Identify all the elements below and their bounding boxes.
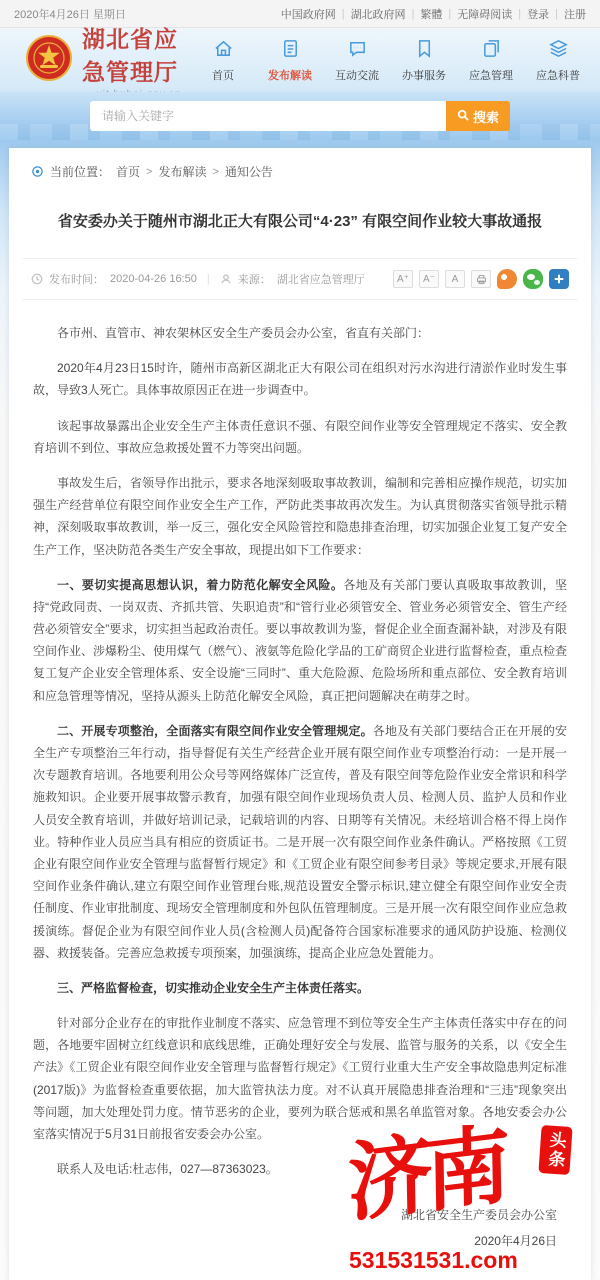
meta-divider: | bbox=[207, 273, 210, 285]
printer-icon bbox=[476, 274, 487, 285]
divider: | bbox=[412, 8, 415, 20]
nav-item-news[interactable]: 发布解读 bbox=[264, 38, 316, 83]
national-emblem-logo bbox=[26, 35, 72, 86]
link-accessibility[interactable]: 无障碍阅读 bbox=[457, 6, 512, 22]
paragraph-text: 事故发生后，省领导作出批示，要求各地深刻吸取事故教训，编制和完善相应操作规范，切… bbox=[33, 476, 567, 557]
search-box: 搜索 bbox=[90, 101, 510, 131]
font-larger-button[interactable]: A⁺ bbox=[393, 270, 413, 288]
weibo-share-icon[interactable] bbox=[497, 269, 517, 289]
page: 2020年4月26日 星期日 中国政府网 | 湖北政府网 | 繁體 | 无障碍阅… bbox=[0, 0, 600, 1280]
nav-label: 办事服务 bbox=[402, 67, 446, 83]
nav-item-management[interactable]: 应急管理 bbox=[465, 38, 517, 83]
font-reset-button[interactable]: A bbox=[445, 270, 465, 288]
article-paragraph: 事故发生后，省领导作出批示，要求各地深刻吸取事故教训，编制和完善相应操作规范，切… bbox=[33, 472, 567, 561]
link-register[interactable]: 注册 bbox=[564, 6, 586, 22]
main-nav: 首页 发布解读 互动交流 办事服务 应急管理 应急科普 bbox=[197, 38, 584, 83]
nav-item-science[interactable]: 应急科普 bbox=[532, 38, 584, 83]
divider: | bbox=[448, 8, 451, 20]
publish-time-label: 发布时间： bbox=[49, 271, 104, 287]
paragraph-lead: 三、严格监督检查，切实推动企业安全生产主体责任落实。 bbox=[57, 981, 369, 995]
content-wrap: 当前位置： 首页 > 发布解读 > 通知公告 省安委办关于随州市湖北正大有限公司… bbox=[0, 140, 600, 1280]
site-name: 湖北省应急管理厅 bbox=[82, 21, 197, 87]
breadcrumb-notices[interactable]: 通知公告 bbox=[225, 163, 273, 180]
paragraph-text: 该起事故暴露出企业安全生产主体责任意识不强、有限空间作业等安全管理规定不落实、安… bbox=[33, 419, 567, 455]
publish-time: 2020-04-26 16:50 bbox=[110, 273, 197, 285]
article-paragraph: 针对部分企业存在的审批作业制度不落实、应急管理不到位等安全生产主体责任落实中存在… bbox=[33, 1012, 567, 1145]
current-date: 2020年4月26日 星期日 bbox=[14, 6, 126, 22]
site-header: 湖北省应急管理厅 — yjt.hubei.gov.cn — 首页 发布解读 互动… bbox=[0, 28, 600, 92]
breadcrumb-news[interactable]: 发布解读 bbox=[158, 163, 206, 180]
article-paragraph: 一、要切实提高思想认识，着力防范化解安全风险。各地及有关部门要认真吸取事故教训，… bbox=[33, 574, 567, 707]
signature-org: 湖北省安全生产委员会办公室 bbox=[9, 1203, 557, 1228]
signature-date: 2020年4月26日 bbox=[9, 1229, 557, 1254]
person-icon bbox=[220, 273, 232, 285]
article-paragraph: 该起事故暴露出企业安全生产主体责任意识不强、有限空间作业等安全管理规定不落实、安… bbox=[33, 415, 567, 459]
article-toolbar: A⁺ A⁻ A bbox=[393, 269, 569, 289]
breadcrumb-home[interactable]: 首页 bbox=[116, 163, 140, 180]
copy-icon bbox=[481, 38, 502, 64]
signature-block: 湖北省安全生产委员会办公室 2020年4月26日 bbox=[9, 1203, 591, 1253]
article-paragraph: 三、严格监督检查，切实推动企业安全生产主体责任落实。 bbox=[33, 977, 567, 999]
article-paragraph: 二、开展专项整治，全面落实有限空间作业安全管理规定。各地及有关部门要结合正在开展… bbox=[33, 720, 567, 964]
divider: | bbox=[518, 8, 521, 20]
bookmark-icon bbox=[414, 38, 435, 64]
utility-links: 中国政府网 | 湖北政府网 | 繁體 | 无障碍阅读 | 登录 | 注册 bbox=[281, 6, 586, 22]
chat-icon bbox=[347, 38, 368, 64]
more-share-icon[interactable] bbox=[549, 269, 569, 289]
search-button[interactable]: 搜索 bbox=[446, 101, 510, 131]
link-login[interactable]: 登录 bbox=[527, 6, 549, 22]
paragraph-text: 联系人及电话:杜志伟，027—87363023。 bbox=[57, 1162, 278, 1176]
nav-label: 互动交流 bbox=[335, 67, 379, 83]
article-title: 省安委办关于随州市湖北正大有限公司“4·23” 有限空间作业较大事故通报 bbox=[49, 210, 551, 234]
source-value: 湖北省应急管理厅 bbox=[277, 271, 365, 287]
location-pin-icon bbox=[31, 165, 44, 178]
link-traditional-chinese[interactable]: 繁體 bbox=[420, 6, 442, 22]
article-paragraph: 联系人及电话:杜志伟，027—87363023。 bbox=[33, 1158, 567, 1180]
search-button-label: 搜索 bbox=[473, 107, 499, 126]
paragraph-text: 2020年4月23日15时许，随州市高新区湖北正大有限公司在组织对污水沟进行清淤… bbox=[33, 361, 567, 397]
divider: | bbox=[342, 8, 345, 20]
breadcrumb-separator: > bbox=[212, 166, 218, 178]
article-meta-row: 发布时间：2020-04-26 16:50 | 来源：湖北省应急管理厅 A⁺ A… bbox=[23, 258, 577, 300]
search-input[interactable] bbox=[90, 101, 446, 131]
article-card: 当前位置： 首页 > 发布解读 > 通知公告 省安委办关于随州市湖北正大有限公司… bbox=[9, 148, 591, 1280]
print-button[interactable] bbox=[471, 270, 491, 288]
clock-icon bbox=[31, 273, 43, 285]
source-label: 来源： bbox=[238, 271, 271, 287]
article-paragraph: 2020年4月23日15时许，随州市高新区湖北正大有限公司在组织对污水沟进行清淤… bbox=[33, 357, 567, 401]
nav-label: 首页 bbox=[212, 67, 234, 83]
nav-label: 发布解读 bbox=[268, 67, 312, 83]
layers-icon bbox=[548, 38, 569, 64]
paragraph-lead: 一、要切实提高思想认识，着力防范化解安全风险。 bbox=[57, 578, 343, 592]
paragraph-text: 针对部分企业存在的审批作业制度不落实、应急管理不到位等安全生产主体责任落实中存在… bbox=[33, 1016, 567, 1141]
nav-item-services[interactable]: 办事服务 bbox=[398, 38, 450, 83]
paragraph-lead: 二、开展专项整治，全面落实有限空间作业安全管理规定。 bbox=[57, 724, 373, 738]
breadcrumb-separator: > bbox=[146, 166, 152, 178]
nav-item-home[interactable]: 首页 bbox=[197, 38, 249, 83]
breadcrumb-label: 当前位置： bbox=[50, 163, 110, 180]
wechat-share-icon[interactable] bbox=[523, 269, 543, 289]
search-band: 搜索 bbox=[0, 92, 600, 140]
article-body: 各市州、直管市、神农架林区安全生产委员会办公室，省直有关部门： 2020年4月2… bbox=[9, 300, 591, 1197]
paragraph-text: 各市州、直管市、神农架林区安全生产委员会办公室，省直有关部门： bbox=[57, 326, 429, 340]
link-hubei-gov[interactable]: 湖北政府网 bbox=[351, 6, 406, 22]
paragraph-text: 各地及有关部门要结合正在开展的安全生产专项整治三年行动，指导督促有关生产经营企业… bbox=[33, 724, 567, 960]
nav-label: 应急管理 bbox=[469, 67, 513, 83]
font-smaller-button[interactable]: A⁻ bbox=[419, 270, 439, 288]
document-icon bbox=[280, 38, 301, 64]
site-brand[interactable]: 湖北省应急管理厅 — yjt.hubei.gov.cn — bbox=[26, 21, 197, 100]
brand-text: 湖北省应急管理厅 — yjt.hubei.gov.cn — bbox=[82, 21, 197, 100]
article-meta: 发布时间：2020-04-26 16:50 | 来源：湖北省应急管理厅 bbox=[31, 271, 365, 287]
article-paragraph: 各市州、直管市、神农架林区安全生产委员会办公室，省直有关部门： bbox=[33, 322, 567, 344]
link-china-gov[interactable]: 中国政府网 bbox=[281, 6, 336, 22]
nav-item-interaction[interactable]: 互动交流 bbox=[331, 38, 383, 83]
nav-label: 应急科普 bbox=[536, 67, 580, 83]
breadcrumb: 当前位置： 首页 > 发布解读 > 通知公告 bbox=[9, 148, 591, 184]
paragraph-text: 各地及有关部门要认真吸取事故教训，坚持“党政同责、一岗双责、齐抓共管、失职追责”… bbox=[33, 578, 567, 703]
home-icon bbox=[213, 38, 234, 64]
divider: | bbox=[555, 8, 558, 20]
search-icon bbox=[457, 109, 469, 124]
